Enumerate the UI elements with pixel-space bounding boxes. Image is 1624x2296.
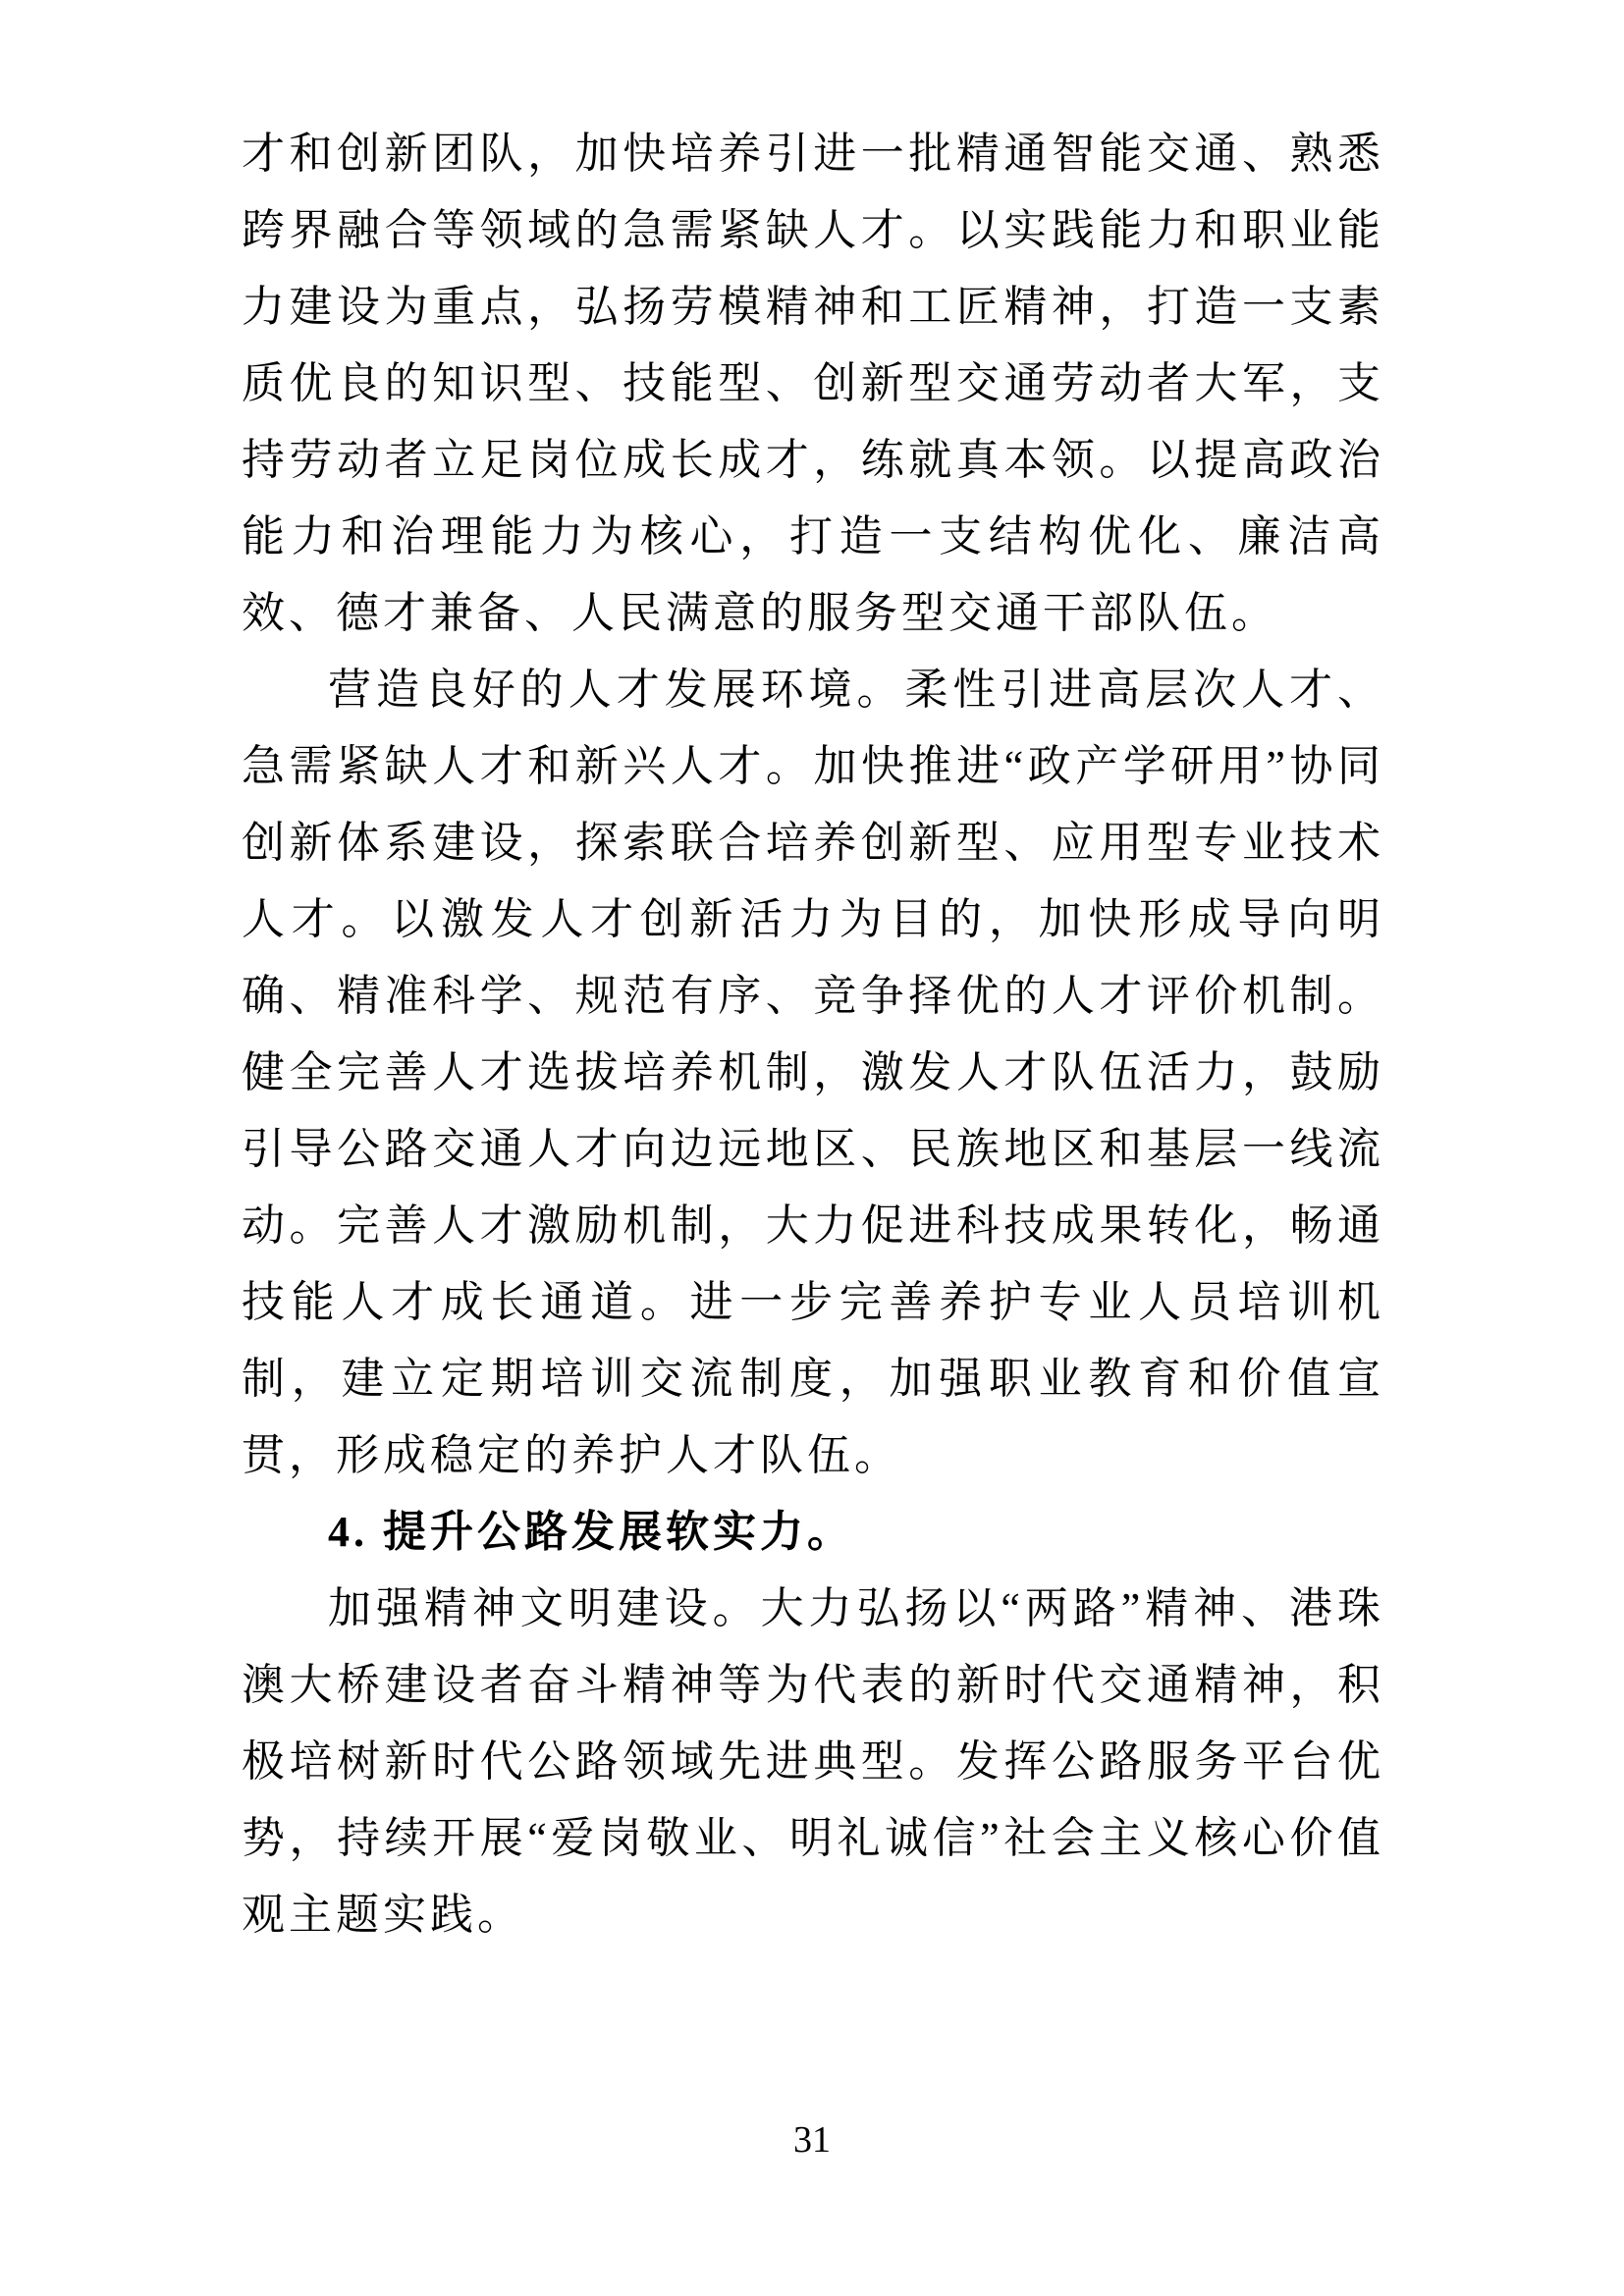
text-block: 才和创新团队，加快培养引进一批精通智能交通、熟悉跨界融合等领域的急需紧缺人才。以… — [242, 116, 1384, 1953]
page-footer: 31 — [0, 2118, 1624, 2162]
page-number: 31 — [793, 2119, 831, 2161]
document-page: 才和创新团队，加快培养引进一批精通智能交通、熟悉跨界融合等领域的急需紧缺人才。以… — [0, 0, 1624, 2296]
section-heading: 4. 提升公路发展软实力。 — [242, 1494, 1384, 1571]
paragraph-continued: 才和创新团队，加快培养引进一批精通智能交通、熟悉跨界融合等领域的急需紧缺人才。以… — [242, 116, 1384, 652]
paragraph-spiritual-civilization: 加强精神文明建设。大力弘扬以“两路”精神、港珠澳大桥建设者奋斗精神等为代表的新时… — [242, 1571, 1384, 1953]
paragraph-talent-environment: 营造良好的人才发展环境。柔性引进高层次人才、急需紧缺人才和新兴人才。加快推进“政… — [242, 652, 1384, 1494]
